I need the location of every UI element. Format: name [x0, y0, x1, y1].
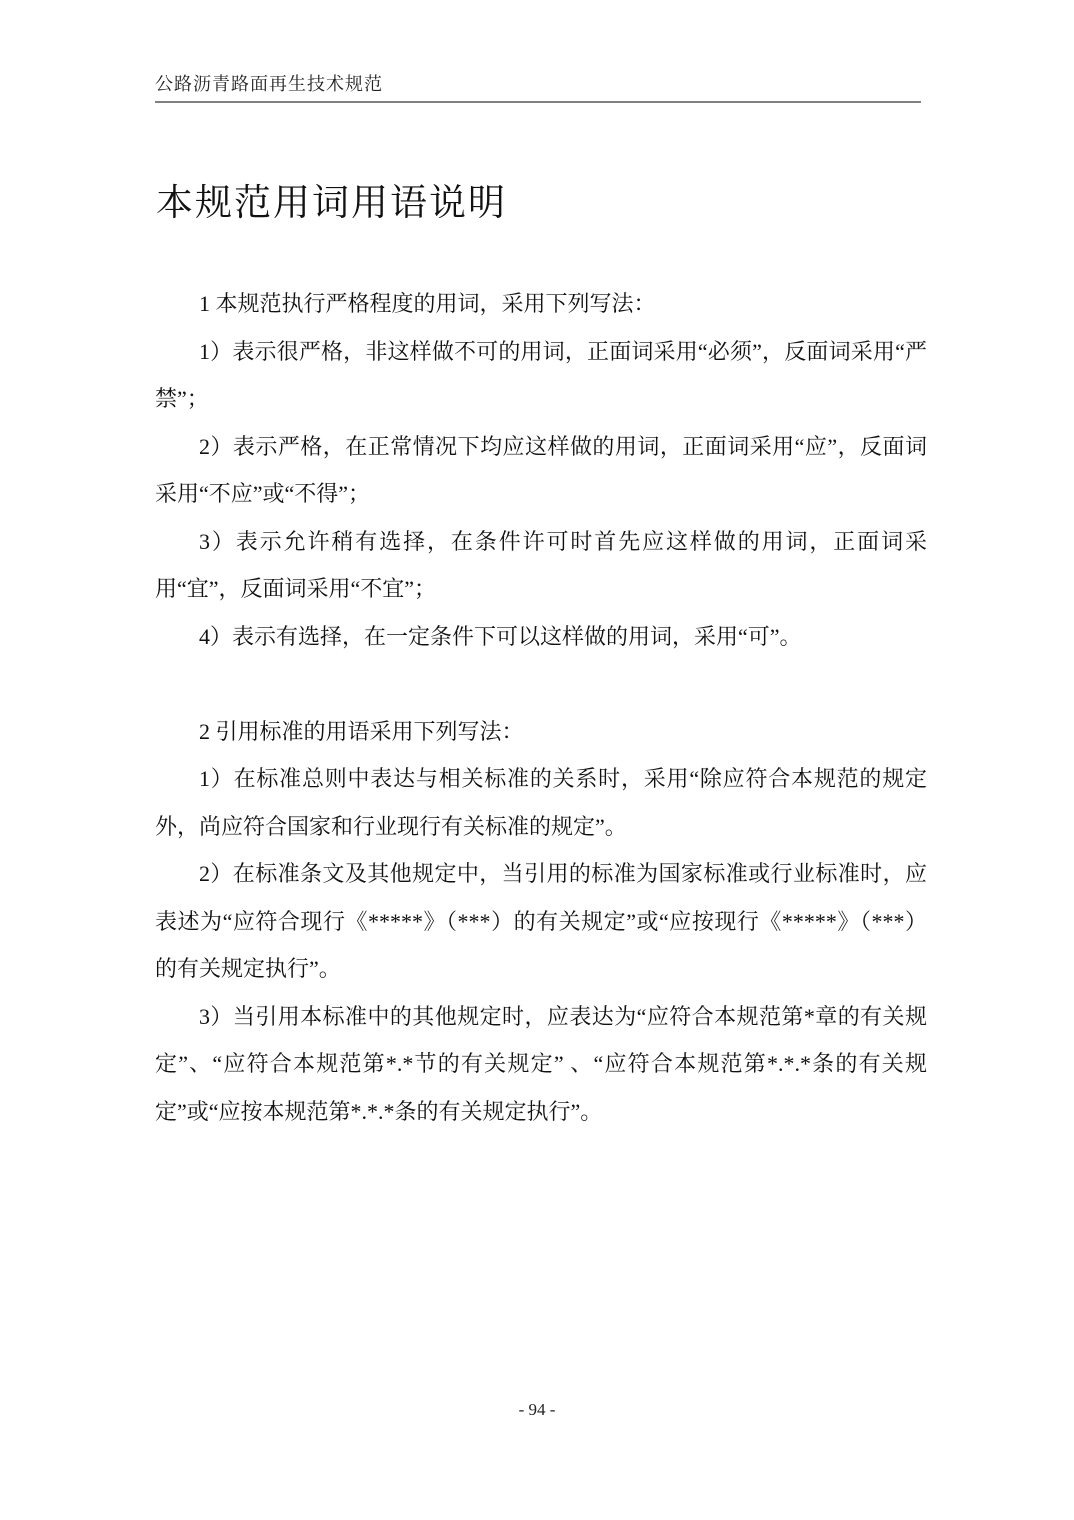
section2-intro: 2 引用标准的用语采用下列写法： [155, 708, 927, 756]
section2-item3: 3）当引用本标准中的其他规定时，应表达为“应符合本规范第*章的有关规定”、“应符… [155, 993, 927, 1136]
section2-item1: 1）在标准总则中表达与相关标准的关系时，采用“除应符合本规范的规定外，尚应符合国… [155, 755, 927, 850]
section2-item2: 2）在标准条文及其他规定中，当引用的标准为国家标准或行业标准时，应表述为“应符合… [155, 850, 927, 993]
page-number: - 94 - [0, 1400, 1074, 1420]
section1-item4: 4）表示有选择，在一定条件下可以这样做的用词，采用“可”。 [155, 613, 927, 661]
page-title: 本规范用词用语说明 [156, 172, 507, 226]
document-body: 1 本规范执行严格程度的用词，采用下列写法： 1）表示很严格，非这样做不可的用词… [155, 280, 927, 1135]
header-title: 公路沥青路面再生技术规范 [155, 70, 921, 101]
section1-item1: 1）表示很严格，非这样做不可的用词，正面词采用“必须”，反面词采用“严禁”； [155, 328, 927, 423]
section1-intro: 1 本规范执行严格程度的用词，采用下列写法： [155, 280, 927, 328]
header-divider [155, 101, 921, 103]
section1-item2: 2）表示严格，在正常情况下均应这样做的用词，正面词采用“应”，反面词采用“不应”… [155, 423, 927, 518]
page-header: 公路沥青路面再生技术规范 [155, 70, 921, 103]
document-page: 公路沥青路面再生技术规范 本规范用词用语说明 1 本规范执行严格程度的用词，采用… [0, 0, 1074, 1520]
section1-item3: 3）表示允许稍有选择，在条件许可时首先应这样做的用词，正面词采用“宜”，反面词采… [155, 518, 927, 613]
